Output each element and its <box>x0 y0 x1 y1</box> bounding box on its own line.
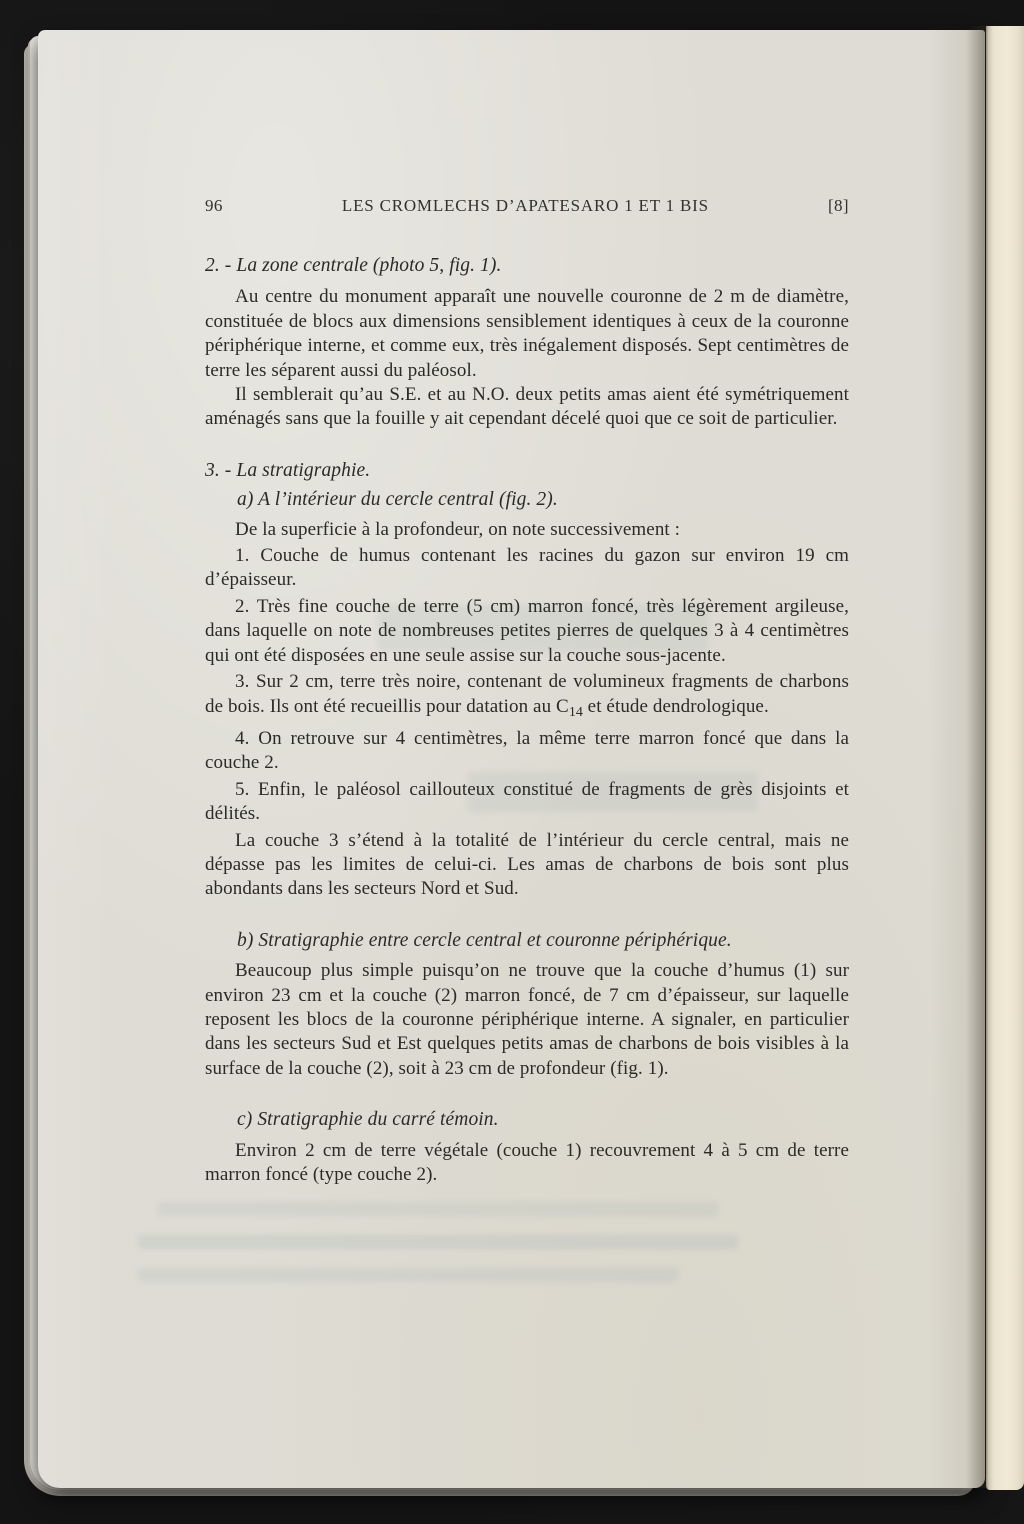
paragraph: Environ 2 cm de terre végétale (couche 1… <box>205 1139 849 1188</box>
running-title: LES CROMLECHS D’APATESARO 1 ET 1 BIS <box>342 196 709 216</box>
facing-page-fore-edge <box>986 26 1024 1490</box>
list-item-1: 1. Couche de humus contenant les racines… <box>205 544 849 593</box>
book-page: 96 LES CROMLECHS D’APATESARO 1 ET 1 BIS … <box>38 30 985 1488</box>
paragraph: Il semblerait qu’au S.E. et au N.O. deux… <box>205 383 849 432</box>
folio-marker: [8] <box>828 196 849 216</box>
showthrough-mark <box>158 1202 718 1216</box>
subsection-a-heading: a) A l’intérieur du cercle central (fig.… <box>205 488 849 512</box>
showthrough-mark <box>138 1235 738 1249</box>
list-item-5: 5. Enfin, le paléosol caillouteux consti… <box>205 778 849 827</box>
list-item-2: 2. Très fine couche de terre (5 cm) marr… <box>205 595 849 668</box>
page-body: 2. - La zone centrale (photo 5, fig. 1).… <box>205 254 849 1187</box>
list-item-3: 3. Sur 2 cm, terre très noire, contenant… <box>205 670 849 725</box>
page-header: 96 LES CROMLECHS D’APATESARO 1 ET 1 BIS … <box>205 196 849 216</box>
page-number: 96 <box>205 196 223 216</box>
subsection-b-heading: b) Stratigraphie entre cercle central et… <box>205 929 849 953</box>
list-item-4: 4. On retrouve sur 4 centimètres, la mêm… <box>205 727 849 776</box>
showthrough-mark <box>138 1268 678 1282</box>
section-3-heading: 3. - La stratigraphie. <box>205 459 849 483</box>
book-scan-photo: 96 LES CROMLECHS D’APATESARO 1 ET 1 BIS … <box>0 0 1024 1524</box>
c14-subscript: 14 <box>569 705 583 720</box>
paragraph: Beaucoup plus simple puisqu’on ne trouve… <box>205 959 849 1081</box>
intro-line: De la superficie à la profondeur, on not… <box>205 518 849 542</box>
subsection-c-heading: c) Stratigraphie du carré témoin. <box>205 1108 849 1132</box>
list-item-3-text-end: et étude dendrologique. <box>583 696 769 717</box>
section-2-heading: 2. - La zone centrale (photo 5, fig. 1). <box>205 254 849 278</box>
binding-crease-shadow <box>966 26 986 1488</box>
paragraph: La couche 3 s’étend à la totalité de l’i… <box>205 829 849 902</box>
paragraph: Au centre du monument apparaît une nouve… <box>205 285 849 383</box>
